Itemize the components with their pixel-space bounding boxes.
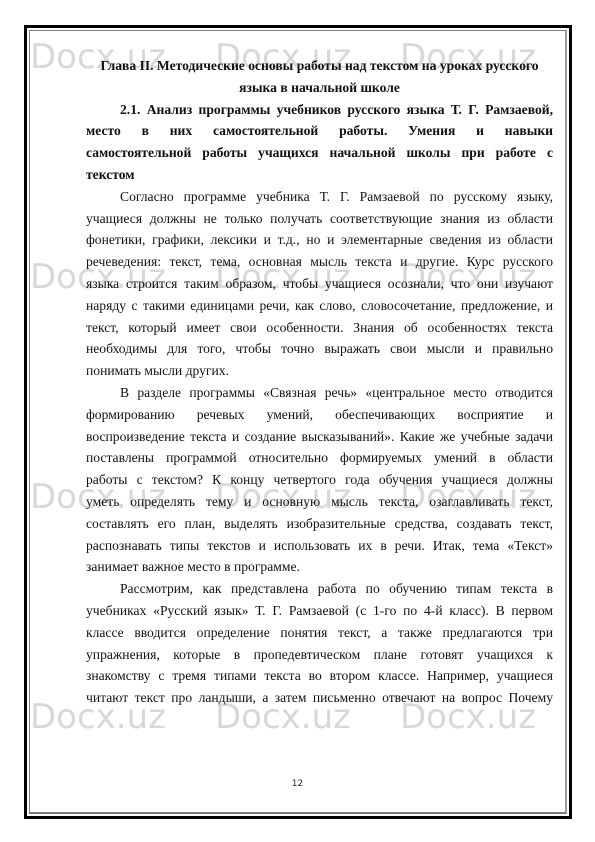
- paragraph-line: упражнения, которые в пропедевтическом п…: [86, 644, 553, 666]
- paragraph-line: текст, который имеет свои особенности. З…: [86, 317, 553, 339]
- paragraph-line: речеведения: текст, тема, основная мысль…: [86, 251, 553, 273]
- page-number: 12: [0, 779, 595, 789]
- paragraphs: Согласно программе учебника Т. Г. Рамзае…: [86, 186, 553, 709]
- document-body: Глава II. Методические основы работы над…: [86, 55, 553, 709]
- section-title-line: самостоятельной работы учащихся начально…: [86, 142, 553, 164]
- paragraph-line: составлять его план, выделять изобразите…: [86, 513, 553, 535]
- paragraph-line: фонетики, графики, лексики и т.д., но и …: [86, 229, 553, 251]
- section-title: 2.1. Анализ программы учебников русского…: [86, 99, 553, 186]
- paragraph-line: поставлены программой относительно форми…: [86, 447, 553, 469]
- paragraph: Согласно программе учебника Т. Г. Рамзае…: [86, 186, 553, 382]
- paragraph-line: учащиеся должны не только получать соотв…: [86, 208, 553, 230]
- paragraph-line: формированию речевых умений, обеспечиваю…: [86, 404, 553, 426]
- chapter-title-line: Глава II. Методические основы работы над…: [86, 55, 553, 77]
- paragraph-line: читают текст про ландыши, а затем письме…: [86, 687, 553, 709]
- section-title-line: место в них самостоятельной работы. Умен…: [86, 120, 553, 142]
- chapter-title: Глава II. Методические основы работы над…: [86, 55, 553, 99]
- paragraph-line: знакомству с тремя типами текста во втор…: [86, 665, 553, 687]
- paragraph-line: В разделе программы «Связная речь» «цент…: [86, 382, 553, 404]
- paragraph-line: воспроизведение текста и создание высказ…: [86, 426, 553, 448]
- paragraph-line: Рассмотрим, как представлена работа по о…: [86, 578, 553, 600]
- section-title-line: 2.1. Анализ программы учебников русского…: [86, 99, 553, 121]
- paragraph-line: понимать мысли других.: [86, 360, 553, 382]
- paragraph-line: занимает важное место в программе.: [86, 556, 553, 578]
- paragraph-line: учебниках «Русский язык» Т. Г. Рамзаевой…: [86, 600, 553, 622]
- paragraph: Рассмотрим, как представлена работа по о…: [86, 578, 553, 709]
- paragraph-line: необходимы для того, чтобы точно выражат…: [86, 338, 553, 360]
- chapter-title-line: языка в начальной школе: [86, 77, 553, 99]
- paragraph-line: работы с текстом? К концу четвертого год…: [86, 469, 553, 491]
- paragraph-line: уметь определять тему и основную мысль т…: [86, 491, 553, 513]
- section-title-line: текстом: [86, 164, 553, 186]
- paragraph-line: наряду с такими единицами речи, как слов…: [86, 295, 553, 317]
- paragraph: В разделе программы «Связная речь» «цент…: [86, 382, 553, 578]
- paragraph-line: распознавать типы текстов и использовать…: [86, 535, 553, 557]
- paragraph-line: Согласно программе учебника Т. Г. Рамзае…: [86, 186, 553, 208]
- paragraph-line: классе вводится определение понятия текс…: [86, 622, 553, 644]
- paragraph-line: языка строится таким образом, чтобы учащ…: [86, 273, 553, 295]
